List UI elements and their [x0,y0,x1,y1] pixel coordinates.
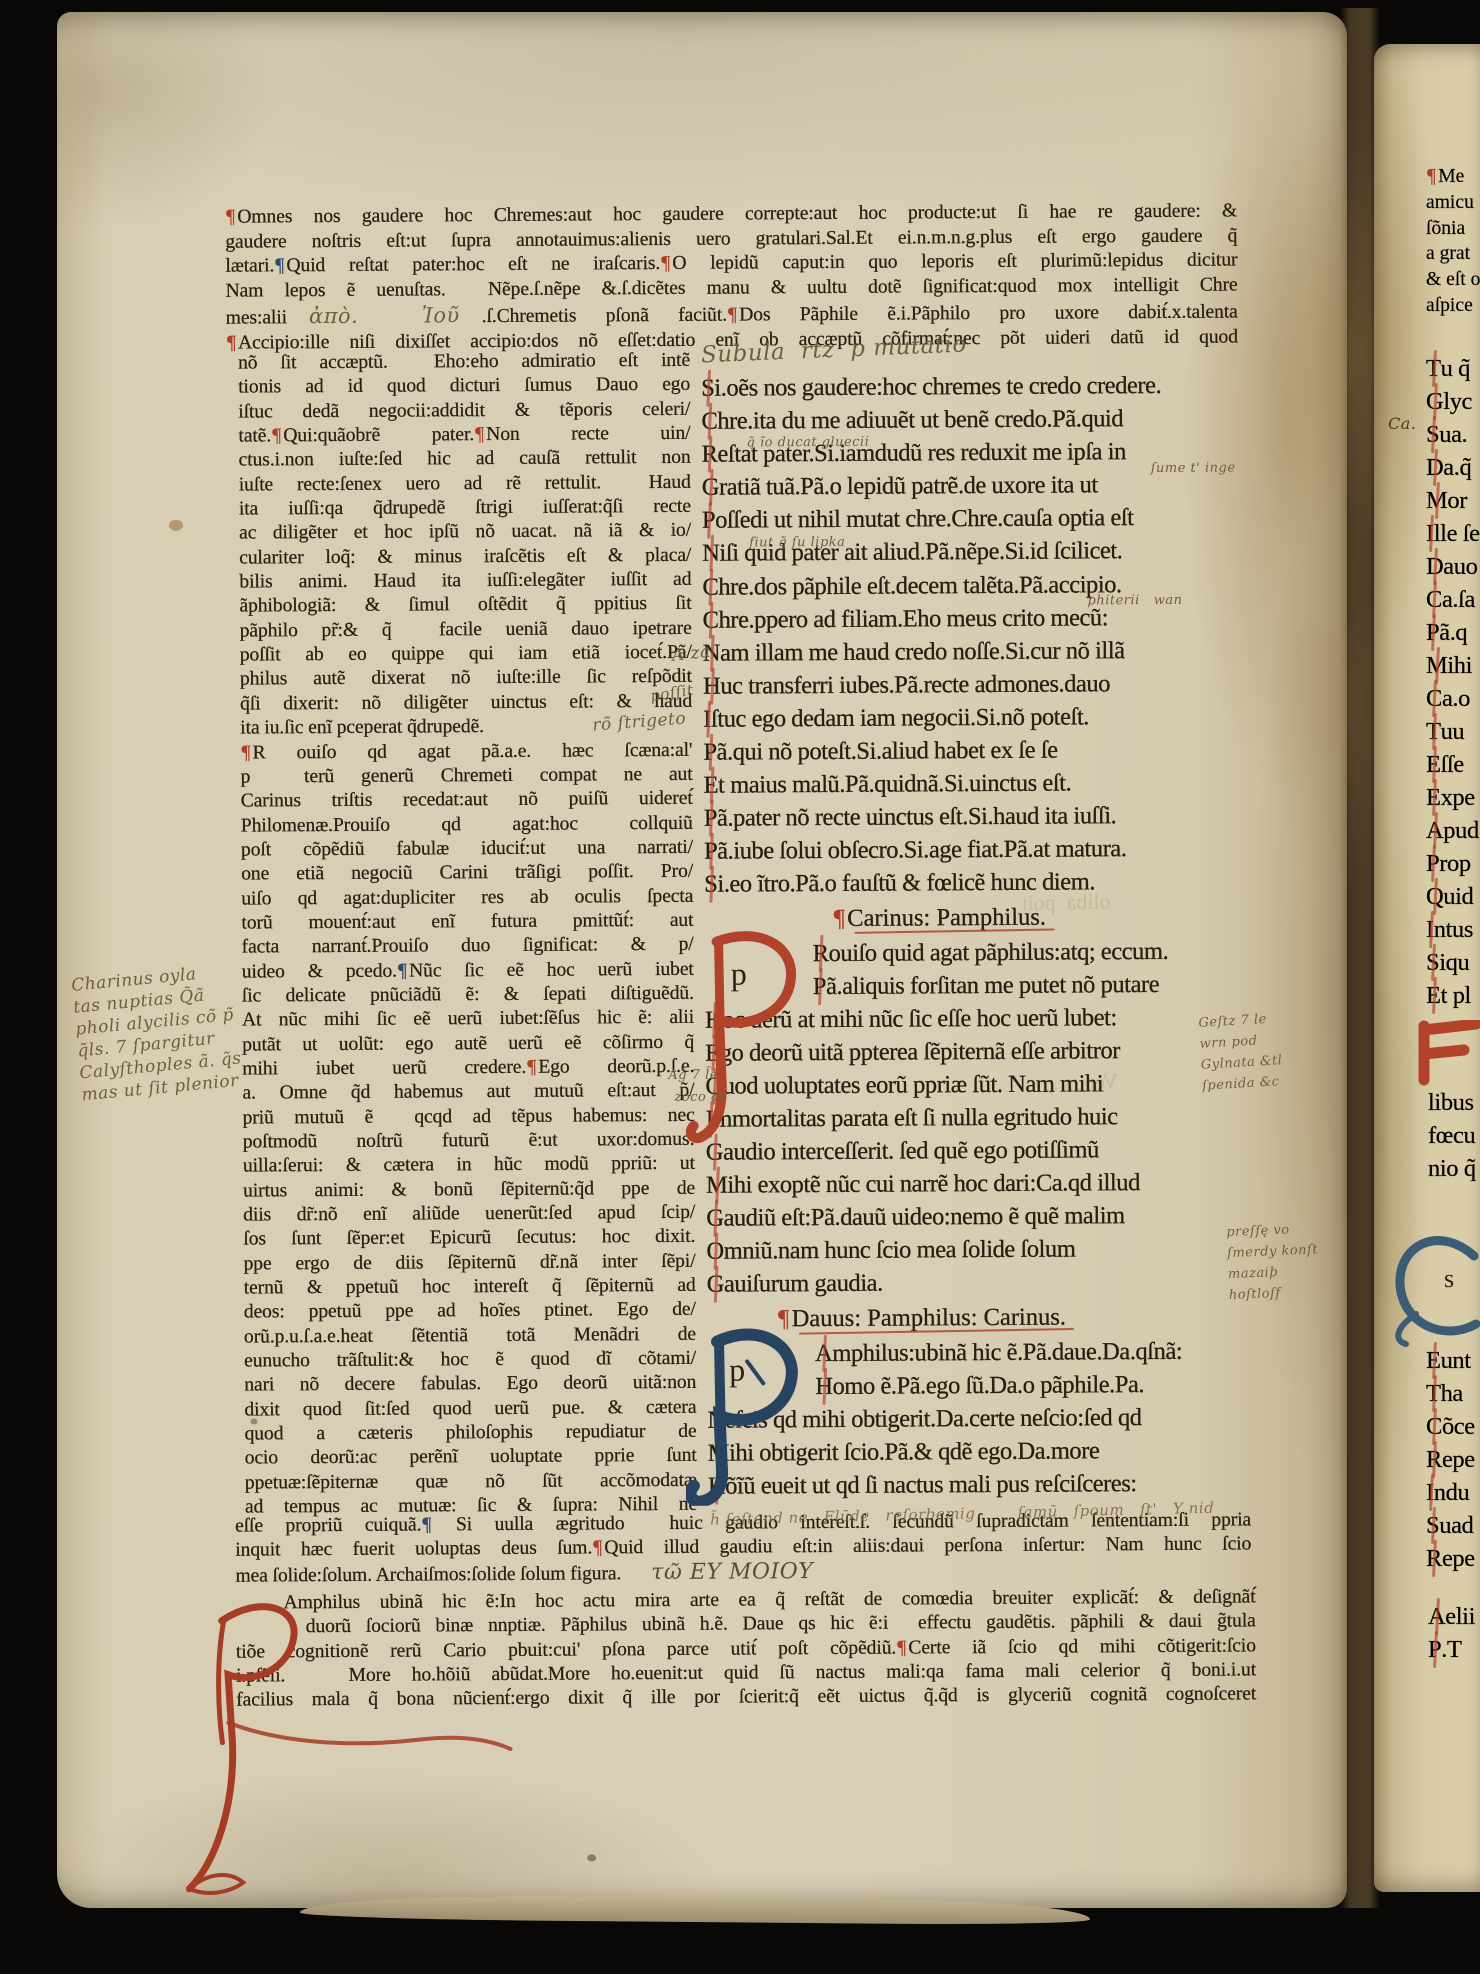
right-page-colophon-fragments: AeliiP.T [1428,1600,1475,1666]
verse-line: Rouiſo quid agat pãphilus:atq; eccum. [813,934,1253,970]
verse-line: Huc transferri iubes.Pã.recte admones.da… [703,666,1251,702]
red-pilcrow-icon: ¶ [592,1538,602,1559]
commentary-line: ppetuæ:ſẽpiternæ quæ nõ ſũt accõmodatæ [245,1469,697,1496]
interlinear-annotation: ſume t' inge [1151,460,1236,476]
verse-line: Pã.iube ſolui obſecro.Si.age fiat.Pã.at … [704,832,1252,868]
marginal-note-line: hoſtloſf [1228,1281,1320,1306]
stain-spot [250,1418,257,1424]
red-pilcrow-icon: ¶ [225,207,235,228]
stain-spot [169,520,183,531]
rubricated-letter: P [702,504,715,537]
verse-line-fragment: Mihi [1426,649,1480,682]
text-line-fragment: nio q̃ [1428,1152,1476,1185]
blue-pilcrow-icon: ¶ [397,960,407,981]
flourished-initial-red-p [158,1590,640,1903]
verse-line-fragment: Sua. [1426,418,1480,451]
commentary-line: putãt ut uolũt: ego autẽ uerũ eẽ cõſirmo… [242,1030,694,1057]
red-pilcrow-icon: ¶ [832,904,845,931]
text-line-fragment: fœcu [1428,1119,1476,1152]
rubricated-letter: P [704,802,717,835]
commentary-line: ctus.i.non iuſte:ſed hic ad cauſã rettul… [239,446,691,473]
interlinear-annotation: fiut q̃ ſu lipka [749,535,845,551]
red-pilcrow-icon: ¶ [896,1637,906,1658]
rubricated-letter: A [1426,814,1443,847]
commentary-line: ac diligẽter et hoc ipſũ nõ uacat. nã iã… [239,519,691,546]
verse-line-fragment: Tha [1426,1377,1475,1410]
interlinear-annotation: q̃ ĩo ducat gluecii [746,435,869,451]
commentary-line: deos: ppetuũ ppe ad hoĩes ptinet. Ego de… [244,1298,696,1325]
guide-letter: p [729,1351,745,1388]
rubricated-letter: Q [1426,880,1443,913]
verse-line-fragment: Indu [1426,1476,1475,1509]
verse-line: Poſſedi ut nihil mutat chre.Chre.cauſa o… [702,501,1250,537]
rubricated-letter: S [1426,1509,1439,1542]
right-page-text-fragments: libusfœcunio q̃ [1428,1086,1476,1185]
verse-line-fragment: Suad [1426,1509,1475,1542]
right-margin-annotation: preſſę voſmerdy konſtmazaiþhoſtloſf [1226,1218,1320,1306]
verse-line: Pã.qui nõ poteſt.Si.aliud habet ex ſe ſe [703,732,1251,768]
commentary-line: nari nõ decere fabulas. Ego deorũ uitã:n… [244,1371,696,1398]
commentary-line-fragment: & eſt o [1426,267,1480,293]
text-line-with-greek-scrawl: mea ſolide:ſolum. Archaiſmos:ſolide ſolu… [235,1557,1251,1589]
right-margin-annotation: Geſtz 7 lewrn podGylnata &tlſpenida &c [1198,1008,1284,1097]
scene-heading-carinus-pamphilus: ¶Carinus: Pamphilus. [832,899,1046,936]
rubricated-letter: C [703,603,719,636]
left-page-content: ¶Omnes nos gaudere hoc Chremes:aut hoc g… [57,12,1347,1908]
rubricated-letter: C [701,405,717,438]
rubricated-letter: C [1426,1410,1442,1443]
commentary-column: nõ ſit accæptũ. Eho:eho admiratio eſt in… [238,349,697,1520]
rubricated-letter: H [815,1370,832,1403]
commentary-line: ¶R ouiſo qd agat pã.a.e. hæc ſcæna:al' [240,738,692,765]
commentary-line: ita iuſſi:qa q̃drupedẽ ſtrigi iuſſerat:q… [239,495,691,522]
verse-line: Gauiſurum gaudia. [707,1265,1255,1301]
commentary-line: dixit quod ſit:ſed quod uerũ pue. & cæte… [244,1396,696,1423]
commentary-line: poſt cõpẽdiũ fabulæ iducit́:ut una narra… [241,836,693,863]
rubricated-letter: S [704,868,717,901]
verse-line-fragment: Tu q̃ [1426,352,1480,385]
commentary-line: priũ mutuũ ẽ qcqd ad tẽpus habemus: nec [243,1103,695,1130]
left-page: ¶Omnes nos gaudere hoc Chremes:aut hoc g… [57,12,1347,1908]
commentary-line: nõ ſit accæptũ. Eho:eho admiratio eſt in… [238,349,690,376]
commentary-line: At nũc mihi ſic eẽ uerũ iubet:ſẽſus hic … [242,1006,694,1033]
verse-line: Gaudiũ eſt:Pã.dauũ uideo:nemo ẽ quẽ mali… [706,1199,1254,1235]
rubricated-letter: I [1426,913,1434,946]
rubricated-letter: E [1426,1344,1441,1377]
marginal-note-line: ſmerdy konſt [1227,1239,1319,1264]
right-page-verse-fragments: Tu q̃GlycSua.Da.q̃MorIlle ſeDauoCa.ſaPã.… [1426,352,1480,1012]
verse-line-fragment: Quid [1426,880,1480,913]
verse-line-fragment: Et pl [1426,979,1480,1012]
show-through-text: Venus .p [1042,1069,1118,1097]
lombard-initial-blue-p: p [685,1325,804,1506]
commentary-line: culariter loq̃: & minus iraſcẽtis eſt & … [239,544,691,571]
rubricated-letter: I [1426,1476,1434,1509]
commentary-line: philus autẽ dixerat nõ iuſte:ille ſic re… [240,665,692,692]
verse-line: Chre.ita du me adiuuẽt ut benẽ credo.Pã.… [701,401,1249,437]
rubricated-letter: I [703,703,711,736]
commentary-line: uiſo qd agat:dupliciter res ab oculis ſp… [241,884,693,911]
rubricated-letter: E [1426,979,1441,1012]
commentary-line: ãphibologiã: & ſimul oſtẽdit q̃ ppitius … [239,592,691,619]
rubricated-letter: I [1426,517,1434,550]
verse-line-fragment: Expe [1426,781,1480,814]
commentary-line-fragment: ſõnia [1426,216,1480,242]
rubricated-letter: G [1426,385,1443,418]
commentary-line: uirtus animi: & bonũ ſẽpiternũ:q̃d ppe d… [243,1176,695,1203]
verse-line: Mihi exoptẽ nũc cui narrẽ hoc dari:Ca.qd… [706,1166,1254,1202]
commentary-line: poſtmodũ noſtrũ futurũ ẽ:ut uxor:domus: [243,1128,695,1155]
verse-line-fragment: Tuu [1426,715,1480,748]
gutter-scribble: A za [671,642,712,666]
red-pilcrow-icon: ¶ [660,253,670,274]
rubricated-letter: N [702,537,719,570]
rubricated-letter: G [707,1268,724,1301]
rubricated-letter: D [1426,451,1443,484]
commentary-line-fragment: amicu [1426,190,1480,216]
verse-line-fragment: Da.q̃ [1426,451,1480,484]
text-line-fragment: libus [1428,1086,1476,1119]
guide-letter: s [1444,1264,1454,1294]
commentary-line: ſos ſunt ſẽper:et Epicurũ ſecutus: hoc d… [243,1225,695,1252]
commentary-line: ocio deorũ:ac perẽnĩ uoluptate pprie ſun… [245,1444,697,1471]
rubricated-letter: S [1426,418,1439,451]
verse-line-fragment: Eunt [1426,1344,1475,1377]
commentary-line: p terũ generũ Chremeti compat ne aut [240,763,692,790]
text-segment: mes:alii [226,307,287,328]
colophon-line-fragment: P.T [1428,1633,1475,1666]
rubricated-letter: A [1428,1600,1445,1633]
commentary-line: diis dr̃:nõ enĩ aliũde uenerũt:ſed apud … [243,1201,695,1228]
commentary-line: mihi iubet uerũ credere.¶Ego deorũ.p.ſ.e… [242,1055,694,1082]
verse-line-fragment: Repe [1426,1443,1475,1476]
commentary-line-fragment: a grat [1426,241,1480,267]
red-pilcrow-icon: ¶ [727,304,737,325]
guide-letter: p [731,955,747,992]
commentary-line: a. Omne q̃d habemus aut mutuũ eſt:aut p̃… [242,1079,694,1106]
commentary-line: tatẽ.¶Qui:quãobrẽ pater.¶Non recte uin/ [238,422,690,449]
commentary-line: facta narrant́.Prouiſo duo ſignificat: &… [242,933,694,960]
rubricated-letter: C [1426,682,1442,715]
verse-line: Nam illam me haud credo noſſe.Si.cur nõ … [703,633,1251,669]
rubricated-letter: R [1426,1443,1442,1476]
commentary-line: uideo & pcedo.¶Nũc ſic eẽ hoc uerũ iubet [242,957,694,984]
verse-line-fragment: Pã.q [1426,616,1480,649]
speaker-gloss-handwriting: Ca. [1388,414,1416,433]
rubricated-letter: M [1426,484,1447,517]
rubricated-letter: T [1426,715,1441,748]
verse-line-fragment: Prop [1426,847,1480,880]
right-page-verse-fragments-lower: EuntThaCõceRepeInduSuadRepe [1426,1344,1475,1575]
commentary-line: pãphilo pr̃:& q̃ facile ueniã dauo ipetr… [240,617,692,644]
commentary-line: one etiã negociũ Carini trãſigi poſſit. … [241,860,693,887]
right-page-commentary: ¶Meamicuſõniaa grat& eſt oaſpice [1426,164,1480,319]
verse-line-fragment: Repe [1426,1542,1475,1575]
rubricated-letter: S [1426,946,1439,979]
red-pilcrow-icon: ¶ [526,1057,536,1078]
verse-line: Pã.pater nõ recte uinctus eſt.Si.haud it… [704,799,1252,835]
red-pilcrow-icon: ¶ [226,332,236,353]
rubricated-letter: M [1426,649,1447,682]
rubricated-letter: P [813,970,826,1003]
greek-gloss-handwriting: ἀπὸ. Ἰοῦ [287,303,482,328]
rubricated-letter: G [702,471,719,504]
blue-pilcrow-icon: ¶ [421,1514,431,1535]
rubricated-letter: T [1426,1377,1441,1410]
verse-line: Iſtuc ego dedam iam negocii.Si.nõ poteſt… [703,699,1251,735]
commentary-line: uilla:ſerui: & cætera in hũc modũ ppriũ:… [243,1152,695,1179]
commentary-line: poſſit ab eo quippe qui iam etiã iocet́.… [240,641,692,668]
marginal-note-line: ſpenida &c [1202,1071,1285,1097]
rubricated-letter: R [1426,1542,1442,1575]
rubricated-letter: A [815,1336,832,1369]
commentary-line: quod a cæteris philoſophis repudiatur de [245,1420,697,1447]
lombard-initial-red-p: p [682,927,805,1146]
verse-line: Si.oẽs nos gaudere:hoc chremes te credo … [701,368,1249,404]
commentary-line: iſtuc dedã negocii:addidit & tẽporis cel… [238,397,690,424]
gutter-scribble: Ag̃ 7 l̃e [668,1068,718,1083]
rubricated-letter: P [1426,616,1439,649]
incunabulum-photograph: { "palette": { "background": "#0a0806", … [0,0,1480,1974]
rubricated-letter: E [704,769,719,802]
rubricated-letter: E [1426,748,1441,781]
red-pilcrow-icon: ¶ [474,424,484,445]
text-segment: mea ſolide:ſolum. Archaiſmos:ſolide ſolu… [235,1563,621,1586]
scene-heading-davus-pamphilus-carinus: ¶Dauus: Pamphilus: Carinus. [777,1299,1066,1337]
commentary-line: torũ mouent́:aut enĩ futura pmittũt́: au… [241,909,693,936]
verse-line-fragment: Glyc [1426,385,1480,418]
rubricated-letter: C [1426,583,1442,616]
verse-line: Si.eo ĩtro.Pã.o fauſtũ & fœlicẽ hunc die… [704,865,1252,901]
rubricated-letter: P [1426,847,1439,880]
rubricated-letter: C [702,570,718,603]
gutter-scribble: zoco ad [674,1090,728,1105]
red-pilcrow-icon: ¶ [271,425,281,446]
verse-line-fragment: Dauo [1426,550,1480,583]
rubricated-letter: S [701,372,714,405]
verse-line: Pã.aliquis forſitan me putet nõ putare [813,967,1253,1003]
verse-line-fragment: Eſſe [1426,748,1480,781]
interlinear-annotation: phiterii wan [1087,593,1182,609]
verse-line: Omniũ.nam hunc ſcio mea ſolide ſolum [706,1232,1254,1268]
verse-line-fragment: Intus [1426,913,1480,946]
verse-line: Homo ẽ.Pã.ego ſũ.Da.o pãphile.Pa. [815,1367,1255,1403]
commentary-line: Philomenæ.Prouiſo qd agat:hoc collquiũ [241,811,693,838]
verse-line-fragment: Ca.o [1426,682,1480,715]
rubricated-letter: T [1426,352,1441,385]
red-pilcrow-icon: ¶ [240,742,250,763]
commentary-line: ſic delicate pnũciãdũ ẽ: & ſepati diſtig… [242,982,694,1009]
commentary-line: iuſte recte:ſenex uero ad rẽ rettulit. H… [239,471,691,498]
stain-spot [587,1854,596,1861]
commentary-line: Carinus triſtis recedat:aut nõ puiſũ uid… [241,787,693,814]
commentary-line: tionis ad id quod dicturi ſumus Dauo ego [238,373,690,400]
verse-line-fragment: Ca.ſa [1426,583,1480,616]
greek-scrawl-handwriting: τῶ ΕΥ ΜΟΙΟΥ [651,1559,813,1585]
commentary-line: bilis animi. Haud ita iuſſi:elegãter iuſ… [239,568,691,595]
left-margin-annotation: Charinus oylatas nuptias Q̃ãpholi alycil… [70,960,244,1107]
lombard-initial-red-fragment [1410,1020,1480,1086]
verse-line-fragment: Ille ſe [1426,517,1480,550]
rubricated-letter: P [703,736,716,769]
show-through-text: oliba poit [1021,888,1111,916]
commentary-top-block: ¶Omnes nos gaudere hoc Chremes:aut hoc g… [225,199,1238,355]
commentary-line: eunucho trãſtulit:& hoc ẽ quod dĩ cõtami… [244,1347,696,1374]
rubricated-letter: P [704,835,717,868]
rubricated-letter: R [702,438,718,471]
red-pilcrow-icon: ¶ [1426,166,1436,187]
verse-line-fragment: Cõce [1426,1410,1475,1443]
lombard-initial-blue-fragment: s [1386,1230,1480,1348]
verse-line-fragment: Siqu [1426,946,1480,979]
commentary-line: ppe ergo de diis ſẽpiternũ dr̃.nã inter … [243,1250,695,1277]
rubricated-letter: H [703,669,720,702]
text-segment: .ſ.Chremetis pſonã faciũt.¶Dos Pãphile ẽ… [482,301,1238,327]
commentary-line: orũ.p.u.ſ.a.e.heat ſẽtentiã totã Menãdri… [244,1323,696,1350]
verse-line-fragment: Apud [1426,814,1480,847]
verse-line-fragment: Mor [1426,484,1480,517]
rubricated-letter: P [1428,1633,1441,1666]
commentary-line-fragment: ¶Me [1426,164,1480,190]
blue-pilcrow-icon: ¶ [274,256,284,277]
rubricated-letter: E [1426,781,1441,814]
rubricated-letter: O [706,1235,723,1268]
rubricated-letter: R [813,936,829,969]
rubricated-letter: M [706,1169,728,1202]
verse-line: Amphilus:ubinã hic ẽ.Pã.daue.Da.qſnã: [815,1334,1255,1370]
rubricated-letter: G [706,1202,723,1235]
verse-line: Et maius malũ.Pã.quidnã.Si.uinctus eſt. [704,766,1252,802]
colophon-line-fragment: Aelii [1428,1600,1475,1633]
right-page: ¶Meamicuſõniaa grat& eſt oaſpice Ca. Tu … [1374,44,1480,1892]
commentary-line: ternũ & ppetuũ hoc intereſt q̃ ſẽpiternũ… [244,1274,696,1301]
commentary-line-fragment: aſpice [1426,293,1480,319]
rubricated-letter: D [1426,550,1443,583]
